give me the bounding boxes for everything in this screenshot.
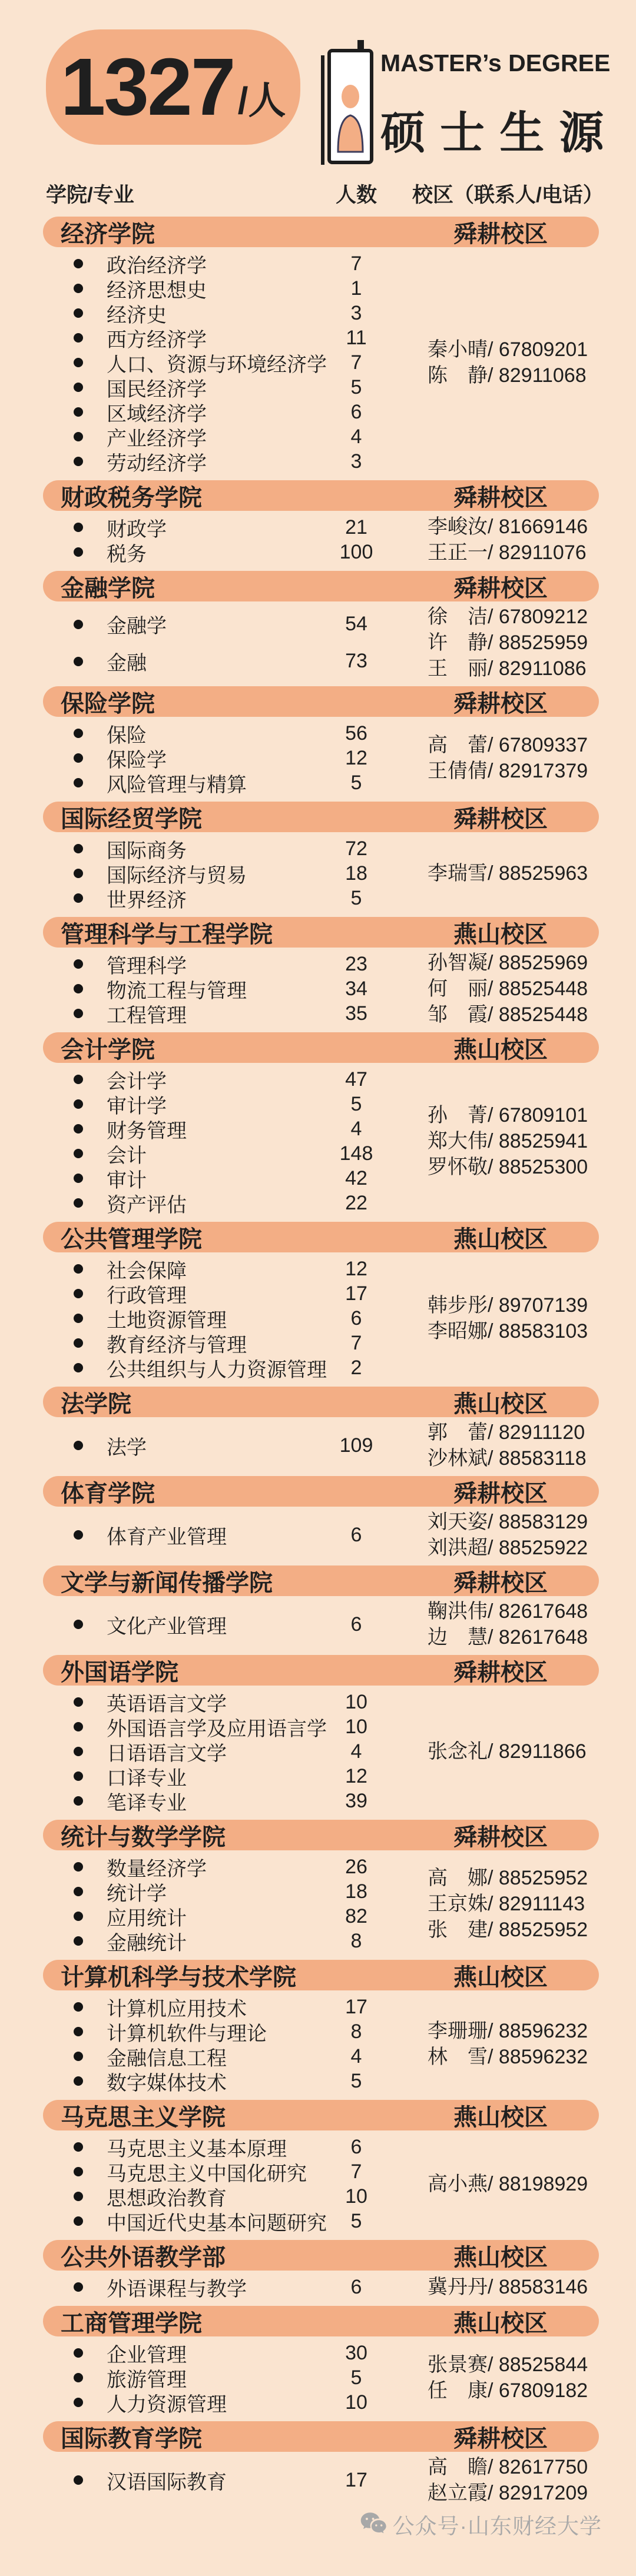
college-section: 统计与数学学院 舜耕校区 数量经济学 26 统计学 18 应用统计 82 金融统…	[0, 1820, 636, 1955]
major-row: 应用统计 82	[0, 1904, 428, 1929]
major-row: 法学 109	[0, 1433, 428, 1458]
major-count: 26	[318, 1856, 395, 1879]
major-rows: 会计学 47 审计学 5 财务管理 4 会计 148 审计 42 资产评估 22	[0, 1065, 428, 1217]
bullet-icon	[74, 2475, 83, 2485]
major-rows: 社会保障 12 行政管理 17 土地资源管理 6 教育经济与管理 7 公共组织与…	[0, 1255, 428, 1382]
major-row: 会计学 47	[0, 1067, 428, 1092]
college-section: 体育学院 舜耕校区 体育产业管理 6 刘天姿/ 88583129刘洪超/ 885…	[0, 1476, 636, 1561]
bullet-icon	[74, 1099, 83, 1109]
major-row: 资产评估 22	[0, 1191, 428, 1215]
contact-entry: 邹 霞/ 88525448	[428, 1002, 636, 1028]
major-row: 金融统计 8	[0, 1929, 428, 1953]
contact-entry: 张 建/ 88525952	[428, 1917, 636, 1943]
contact-list: 高 蕾/ 67809337王倩倩/ 82917379	[428, 719, 636, 797]
college-header-bar: 财政税务学院 舜耕校区	[43, 480, 599, 511]
major-count: 35	[318, 1002, 395, 1025]
campus-name: 舜耕校区	[453, 1654, 548, 1687]
college-body: 会计学 47 审计学 5 财务管理 4 会计 148 审计 42 资产评估 22…	[0, 1065, 636, 1217]
college-name: 工商管理学院	[61, 2305, 202, 2338]
college-header-bar: 外国语学院 舜耕校区	[43, 1655, 599, 1686]
college-body: 外语课程与教学 6 冀丹丹/ 88583146	[0, 2273, 636, 2301]
college-header-bar: 国际教育学院 舜耕校区	[43, 2421, 599, 2452]
contact-list: 韩步彤/ 89707139李昭娜/ 88583103	[428, 1255, 636, 1382]
college-body: 企业管理 30 旅游管理 5 人力资源管理 10 张景赛/ 88525844任 …	[0, 2339, 636, 2417]
bullet-icon	[74, 1075, 83, 1084]
total-count: 1327	[61, 46, 234, 128]
major-row: 财务管理 4	[0, 1116, 428, 1141]
major-row: 数字媒体技术 5	[0, 2069, 428, 2093]
campus-name: 舜耕校区	[453, 2420, 548, 2454]
major-count: 2	[318, 1357, 395, 1380]
contact-list: 秦小晴/ 67809201陈 静/ 82911068	[428, 250, 636, 476]
college-body: 英语语言文学 10 外国语言学及应用语言学 10 日语语言文学 4 口译专业 1…	[0, 1688, 636, 1815]
subtitle-english: MASTER’s DEGREE	[380, 49, 603, 77]
college-body: 金融学 54 金融 73 徐 洁/ 67809212许 静/ 88525959王…	[0, 604, 636, 682]
contact-entry: 孙智凝/ 88525969	[428, 950, 636, 976]
contact-list: 刘天姿/ 88583129刘洪超/ 88525922	[428, 1509, 636, 1561]
major-row: 思想政治教育 10	[0, 2184, 428, 2209]
column-header-campus-note: （联系人/电话）	[453, 184, 604, 207]
major-row: 英语语言文学 10	[0, 1690, 428, 1714]
college-body: 管理科学 23 物流工程与管理 34 工程管理 35 孙智凝/ 88525969…	[0, 950, 636, 1028]
major-row: 区域经济学 6	[0, 400, 428, 424]
campus-name: 舜耕校区	[453, 570, 548, 603]
college-header-bar: 公共外语教学部 燕山校区	[43, 2240, 599, 2271]
college-header-bar: 文学与新闻传播学院 舜耕校区	[43, 1565, 599, 1596]
college-body: 计算机应用技术 17 计算机软件与理论 8 金融信息工程 4 数字媒体技术 5 …	[0, 1993, 636, 2095]
major-name: 中国近代史基本问题研究	[107, 2207, 327, 2236]
contact-entry: 李瑞雪/ 88525963	[428, 860, 636, 886]
campus-name: 燕山校区	[453, 2305, 548, 2338]
major-count: 56	[318, 722, 395, 745]
major-rows: 体育产业管理 6	[0, 1509, 428, 1561]
bullet-icon	[74, 457, 83, 466]
major-count: 6	[318, 1613, 395, 1636]
major-rows: 马克思主义基本原理 6 马克思主义中国化研究 7 思想政治教育 10 中国近代史…	[0, 2133, 428, 2235]
college-body: 社会保障 12 行政管理 17 土地资源管理 6 教育经济与管理 7 公共组织与…	[0, 1255, 636, 1382]
major-count: 30	[318, 2342, 395, 2365]
bullet-icon	[74, 383, 83, 392]
campus-name: 舜耕校区	[453, 1564, 548, 1598]
college-header-bar: 会计学院 燕山校区	[43, 1032, 599, 1063]
contact-list: 孙 菁/ 67809101郑大伟/ 88525941罗怀敬/ 88525300	[428, 1065, 636, 1217]
major-name: 世界经济	[107, 884, 187, 913]
major-row: 西方经济学 11	[0, 325, 428, 350]
major-row: 外语课程与教学 6	[0, 2275, 428, 2299]
major-count: 6	[318, 1307, 395, 1330]
college-body: 国际商务 72 国际经济与贸易 18 世界经济 5 李瑞雪/ 88525963	[0, 835, 636, 912]
major-count: 18	[318, 862, 395, 885]
bullet-icon	[74, 1149, 83, 1158]
column-header-college: 学院/专业	[46, 179, 134, 208]
contact-entry: 赵立霞/ 82917209	[428, 2480, 636, 2506]
contact-list: 李珊珊/ 88596232林 雪/ 88596232	[428, 1993, 636, 2095]
contact-entry: 鞠洪伟/ 82617648	[428, 1598, 636, 1624]
college-name: 会计学院	[61, 1031, 155, 1065]
contact-entry: 李珊珊/ 88596232	[428, 2018, 636, 2044]
contact-entry: 罗怀敬/ 88525300	[428, 1154, 636, 1180]
contact-list: 张念礼/ 82911866	[428, 1688, 636, 1815]
bullet-icon	[74, 1796, 83, 1806]
major-rows: 计算机应用技术 17 计算机软件与理论 8 金融信息工程 4 数字媒体技术 5	[0, 1993, 428, 2095]
major-row: 物流工程与管理 34	[0, 976, 428, 1001]
college-section: 马克思主义学院 燕山校区 马克思主义基本原理 6 马克思主义中国化研究 7 思想…	[0, 2100, 636, 2235]
column-header-campus-label: 校区	[412, 184, 453, 207]
college-name: 保险学院	[61, 685, 155, 719]
major-count: 12	[318, 747, 395, 770]
college-header-bar: 工商管理学院 燕山校区	[43, 2306, 599, 2336]
contact-entry: 王正一/ 82911076	[428, 540, 636, 566]
major-count: 7	[318, 1332, 395, 1355]
college-header-bar: 计算机科学与技术学院 燕山校区	[43, 1960, 599, 1990]
master-degree-poster: 1327 /人 MASTER’s DEGREE 硕 士 生 源 学院/专业 人数…	[0, 0, 636, 2576]
bullet-icon	[74, 1912, 83, 1921]
major-row: 体育产业管理 6	[0, 1523, 428, 1547]
contact-entry: 刘天姿/ 88583129	[428, 1509, 636, 1535]
major-count: 7	[318, 351, 395, 374]
bullet-icon	[74, 959, 83, 969]
contact-entry: 徐 洁/ 67809212	[428, 604, 636, 630]
contact-entry: 冀丹丹/ 88583146	[428, 2274, 636, 2300]
major-count: 4	[318, 2045, 395, 2068]
wechat-icon	[360, 2511, 387, 2538]
bullet-icon	[74, 2373, 83, 2382]
bullet-icon	[74, 1771, 83, 1781]
bullet-icon	[74, 2052, 83, 2061]
college-body: 文化产业管理 6 鞠洪伟/ 82617648边 慧/ 82617648	[0, 1598, 636, 1650]
campus-name: 舜耕校区	[453, 1819, 548, 1852]
major-row: 管理科学 23	[0, 952, 428, 976]
campus-name: 燕山校区	[453, 916, 548, 949]
major-count: 5	[318, 2070, 395, 2093]
bullet-icon	[74, 1620, 83, 1629]
bullet-icon	[74, 2076, 83, 2086]
college-section: 公共外语教学部 燕山校区 外语课程与教学 6 冀丹丹/ 88583146	[0, 2240, 636, 2301]
major-row: 统计学 18	[0, 1879, 428, 1904]
contact-list: 高 娜/ 88525952王京姝/ 82911143张 建/ 88525952	[428, 1853, 636, 1955]
major-row: 汉语国际教育 17	[0, 2468, 428, 2492]
bullet-icon	[74, 2142, 83, 2152]
major-row: 金融 73	[0, 649, 428, 674]
major-name: 笔译专业	[107, 1787, 187, 1816]
major-row: 中国近代史基本问题研究 5	[0, 2209, 428, 2233]
bullet-icon	[74, 547, 83, 557]
major-count: 72	[318, 837, 395, 860]
bullet-icon	[74, 778, 83, 787]
major-name: 金融统计	[107, 1927, 187, 1956]
contact-entry: 沙林斌/ 88583118	[428, 1445, 636, 1471]
major-rows: 数量经济学 26 统计学 18 应用统计 82 金融统计 8	[0, 1853, 428, 1955]
college-body: 数量经济学 26 统计学 18 应用统计 82 金融统计 8 高 娜/ 8852…	[0, 1853, 636, 1955]
contact-entry: 韩步彤/ 89707139	[428, 1292, 636, 1318]
major-row: 笔译专业 39	[0, 1789, 428, 1813]
college-name: 体育学院	[61, 1475, 155, 1508]
major-count: 8	[318, 2020, 395, 2043]
contact-entry: 张念礼/ 82911866	[428, 1739, 636, 1764]
major-count: 1	[318, 277, 395, 300]
major-count: 6	[318, 2276, 395, 2299]
contact-list: 高 瞻/ 82617750赵立霞/ 82917209	[428, 2454, 636, 2506]
major-name: 劳动经济学	[107, 447, 207, 476]
bullet-icon	[74, 1747, 83, 1756]
bullet-icon	[74, 1936, 83, 1946]
contact-list: 李峻汝/ 81669146王正一/ 82911076	[428, 513, 636, 566]
college-name: 外国语学院	[61, 1654, 178, 1687]
major-name: 工程管理	[107, 999, 187, 1028]
campus-name: 燕山校区	[453, 1031, 548, 1065]
college-header-bar: 马克思主义学院 燕山校区	[43, 2100, 599, 2130]
college-section: 法学院 燕山校区 法学 109 郭 蕾/ 82911120沙林斌/ 885831…	[0, 1387, 636, 1471]
college-name: 法学院	[61, 1385, 131, 1419]
contact-entry: 高 蕾/ 67809337	[428, 732, 636, 758]
campus-name: 燕山校区	[453, 2239, 548, 2272]
major-count: 17	[318, 1282, 395, 1305]
contact-entry: 张景赛/ 88525844	[428, 2352, 636, 2378]
major-row: 日语语言文学 4	[0, 1739, 428, 1764]
bullet-icon	[74, 1697, 83, 1707]
bullet-icon	[74, 523, 83, 532]
contact-entry: 高 娜/ 88525952	[428, 1865, 636, 1891]
major-row: 产业经济学 4	[0, 424, 428, 449]
major-row: 外国语言学及应用语言学 10	[0, 1714, 428, 1739]
contact-entry: 林 雪/ 88596232	[428, 2044, 636, 2070]
college-name: 管理科学与工程学院	[61, 916, 273, 949]
bullet-icon	[74, 2192, 83, 2201]
college-header-bar: 统计与数学学院 舜耕校区	[43, 1820, 599, 1850]
college-name: 计算机科学与技术学院	[61, 1959, 296, 1992]
major-row: 人力资源管理 10	[0, 2390, 428, 2415]
watermark-text: 公众号·山东财经大学	[393, 2508, 602, 2540]
college-body: 体育产业管理 6 刘天姿/ 88583129刘洪超/ 88525922	[0, 1509, 636, 1561]
major-count: 54	[318, 613, 395, 636]
major-row: 国民经济学 5	[0, 375, 428, 400]
major-row: 数量经济学 26	[0, 1854, 428, 1879]
major-rows: 英语语言文学 10 外国语言学及应用语言学 10 日语语言文学 4 口译专业 1…	[0, 1688, 428, 1815]
college-name: 公共管理学院	[61, 1221, 202, 1254]
bullet-icon	[74, 284, 83, 293]
contact-list: 高小燕/ 88198929	[428, 2133, 636, 2235]
bullet-icon	[74, 2027, 83, 2036]
contact-entry: 王倩倩/ 82917379	[428, 758, 636, 784]
college-section: 国际经贸学院 舜耕校区 国际商务 72 国际经济与贸易 18 世界经济 5 李瑞…	[0, 802, 636, 912]
major-count: 12	[318, 1258, 395, 1281]
major-row: 审计学 5	[0, 1092, 428, 1116]
major-name: 文化产业管理	[107, 1610, 227, 1639]
college-name: 国际经贸学院	[61, 800, 202, 834]
bullet-icon	[74, 1363, 83, 1372]
campus-name: 燕山校区	[453, 1385, 548, 1419]
major-row: 计算机软件与理论 8	[0, 2019, 428, 2044]
college-section: 工商管理学院 燕山校区 企业管理 30 旅游管理 5 人力资源管理 10 张景赛…	[0, 2306, 636, 2417]
major-row: 企业管理 30	[0, 2341, 428, 2365]
major-count: 5	[318, 2210, 395, 2233]
major-count: 109	[318, 1434, 395, 1457]
bullet-icon	[74, 984, 83, 993]
contact-entry: 李峻汝/ 81669146	[428, 514, 636, 540]
major-name: 体育产业管理	[107, 1521, 227, 1550]
college-body: 汉语国际教育 17 高 瞻/ 82617750赵立霞/ 82917209	[0, 2454, 636, 2506]
bullet-icon	[74, 729, 83, 738]
contact-entry: 王 丽/ 82911086	[428, 656, 636, 682]
contact-list: 鞠洪伟/ 82617648边 慧/ 82617648	[428, 1598, 636, 1650]
campus-name: 舜耕校区	[453, 215, 548, 249]
major-rows: 企业管理 30 旅游管理 5 人力资源管理 10	[0, 2339, 428, 2417]
college-section: 文学与新闻传播学院 舜耕校区 文化产业管理 6 鞠洪伟/ 82617648边 慧…	[0, 1565, 636, 1650]
major-row: 经济思想史 1	[0, 276, 428, 301]
college-body: 马克思主义基本原理 6 马克思主义中国化研究 7 思想政治教育 10 中国近代史…	[0, 2133, 636, 2235]
major-count: 7	[318, 2160, 395, 2183]
major-count: 18	[318, 1880, 395, 1903]
major-name: 税务	[107, 538, 147, 567]
bullet-icon	[74, 1198, 83, 1208]
contact-list: 李瑞雪/ 88525963	[428, 835, 636, 912]
major-row: 审计 42	[0, 1166, 428, 1191]
major-count: 34	[318, 978, 395, 1001]
poster-header: 1327 /人 MASTER’s DEGREE 硕 士 生 源	[0, 0, 636, 177]
major-count: 11	[318, 327, 395, 350]
college-header-bar: 管理科学与工程学院 燕山校区	[43, 917, 599, 948]
major-name: 数字媒体技术	[107, 2067, 227, 2096]
contact-entry: 高 瞻/ 82617750	[428, 2454, 636, 2480]
bullet-icon	[74, 1124, 83, 1134]
major-row: 文化产业管理 6	[0, 1612, 428, 1637]
contact-entry: 许 静/ 88525959	[428, 630, 636, 656]
bullet-icon	[74, 1530, 83, 1540]
total-count-badge: 1327 /人	[46, 29, 300, 145]
college-body: 政治经济学 7 经济思想史 1 经济史 3 西方经济学 11 人口、资源与环境经…	[0, 250, 636, 476]
column-header-count: 人数	[318, 179, 395, 208]
major-count: 10	[318, 2391, 395, 2414]
college-section: 外国语学院 舜耕校区 英语语言文学 10 外国语言学及应用语言学 10 日语语言…	[0, 1655, 636, 1815]
bullet-icon	[74, 2216, 83, 2226]
campus-name: 燕山校区	[453, 1959, 548, 1992]
bullet-icon	[74, 1289, 83, 1298]
major-rows: 管理科学 23 物流工程与管理 34 工程管理 35	[0, 950, 428, 1028]
major-row: 财政学 21	[0, 515, 428, 540]
college-section: 国际教育学院 舜耕校区 汉语国际教育 17 高 瞻/ 82617750赵立霞/ …	[0, 2421, 636, 2506]
major-row: 税务 100	[0, 540, 428, 564]
college-header-bar: 法学院 燕山校区	[43, 1387, 599, 1417]
bullet-icon	[74, 407, 83, 417]
major-count: 5	[318, 376, 395, 399]
college-section: 保险学院 舜耕校区 保险 56 保险学 12 风险管理与精算 5 高 蕾/ 67…	[0, 686, 636, 797]
major-count: 4	[318, 426, 395, 448]
major-rows: 国际商务 72 国际经济与贸易 18 世界经济 5	[0, 835, 428, 912]
contact-list: 孙智凝/ 88525969何 丽/ 88525448邹 霞/ 88525448	[428, 950, 636, 1028]
contact-entry: 王京姝/ 82911143	[428, 1891, 636, 1917]
bullet-icon	[74, 1887, 83, 1896]
major-row: 土地资源管理 6	[0, 1306, 428, 1331]
college-name: 公共外语教学部	[61, 2239, 226, 2272]
major-row: 马克思主义中国化研究 7	[0, 2159, 428, 2184]
major-name: 风险管理与精算	[107, 769, 247, 797]
major-name: 外语课程与教学	[107, 2273, 247, 2302]
major-name: 资产评估	[107, 1189, 187, 1218]
college-section: 管理科学与工程学院 燕山校区 管理科学 23 物流工程与管理 34 工程管理 3…	[0, 917, 636, 1028]
major-count: 3	[318, 302, 395, 325]
major-row: 旅游管理 5	[0, 2365, 428, 2390]
college-body: 财政学 21 税务 100 李峻汝/ 81669146王正一/ 82911076	[0, 513, 636, 566]
college-name: 文学与新闻传播学院	[61, 1564, 273, 1598]
major-count: 22	[318, 1192, 395, 1215]
bullet-icon	[74, 1174, 83, 1183]
bullet-icon	[74, 432, 83, 441]
contact-entry: 何 丽/ 88525448	[428, 976, 636, 1002]
watermark: 公众号·山东财经大学	[0, 2506, 636, 2542]
contact-entry: 边 慧/ 82617648	[428, 1624, 636, 1650]
bullet-icon	[74, 620, 83, 629]
college-section: 经济学院 舜耕校区 政治经济学 7 经济思想史 1 经济史 3 西方经济学 11…	[0, 217, 636, 476]
major-name: 公共组织与人力资源管理	[107, 1354, 327, 1382]
contact-list: 冀丹丹/ 88583146	[428, 2273, 636, 2301]
college-name: 马克思主义学院	[61, 2099, 226, 2132]
college-section: 计算机科学与技术学院 燕山校区 计算机应用技术 17 计算机软件与理论 8 金融…	[0, 1960, 636, 2095]
major-rows: 财政学 21 税务 100	[0, 513, 428, 566]
major-rows: 保险 56 保险学 12 风险管理与精算 5	[0, 719, 428, 797]
contact-entry: 陈 静/ 82911068	[428, 363, 636, 388]
bullet-icon	[74, 844, 83, 853]
bullet-icon	[74, 2282, 83, 2292]
major-row: 教育经济与管理 7	[0, 1331, 428, 1355]
major-row: 世界经济 5	[0, 886, 428, 910]
college-name: 经济学院	[61, 215, 155, 249]
major-row: 工程管理 35	[0, 1001, 428, 1026]
bullet-icon	[74, 333, 83, 343]
major-count: 17	[318, 1996, 395, 2019]
major-count: 47	[318, 1068, 395, 1091]
contact-entry: 孙 菁/ 67809101	[428, 1102, 636, 1128]
college-name: 统计与数学学院	[61, 1819, 226, 1852]
contact-entry: 任 康/ 67809182	[428, 2378, 636, 2404]
college-header-bar: 公共管理学院 燕山校区	[43, 1222, 599, 1252]
major-row: 金融学 54	[0, 612, 428, 637]
college-section: 会计学院 燕山校区 会计学 47 审计学 5 财务管理 4 会计 148 审计 …	[0, 1032, 636, 1217]
college-body: 保险 56 保险学 12 风险管理与精算 5 高 蕾/ 67809337王倩倩/…	[0, 719, 636, 797]
major-count: 6	[318, 401, 395, 424]
bullet-icon	[74, 1009, 83, 1018]
major-count: 17	[318, 2469, 395, 2492]
major-row: 保险学 12	[0, 746, 428, 770]
bullet-icon	[74, 1722, 83, 1731]
title-block: MASTER’s DEGREE 硕 士 生 源	[380, 49, 603, 161]
bullet-icon	[74, 657, 83, 666]
major-row: 国际商务 72	[0, 836, 428, 861]
major-row: 会计 148	[0, 1141, 428, 1166]
major-count: 7	[318, 252, 395, 275]
major-rows: 政治经济学 7 经济思想史 1 经济史 3 西方经济学 11 人口、资源与环境经…	[0, 250, 428, 476]
major-count: 4	[318, 1740, 395, 1763]
contact-entry: 高小燕/ 88198929	[428, 2171, 636, 2197]
major-count: 3	[318, 450, 395, 473]
college-name: 金融学院	[61, 570, 155, 603]
major-row: 社会保障 12	[0, 1257, 428, 1281]
bullet-icon	[74, 2002, 83, 2012]
major-count: 4	[318, 1118, 395, 1141]
bullet-icon	[74, 1862, 83, 1872]
major-name: 人力资源管理	[107, 2388, 227, 2417]
bullet-icon	[74, 1264, 83, 1274]
campus-name: 舜耕校区	[453, 1475, 548, 1508]
major-count: 39	[318, 1790, 395, 1813]
page-title: 硕 士 生 源	[380, 97, 603, 161]
college-body: 法学 109 郭 蕾/ 82911120沙林斌/ 88583118	[0, 1420, 636, 1471]
contact-list: 张景赛/ 88525844任 康/ 67809182	[428, 2339, 636, 2417]
major-row: 风险管理与精算 5	[0, 770, 428, 795]
major-count: 148	[318, 1142, 395, 1165]
bullet-icon	[74, 259, 83, 268]
campus-name: 舜耕校区	[453, 800, 548, 834]
major-count: 6	[318, 2136, 395, 2159]
